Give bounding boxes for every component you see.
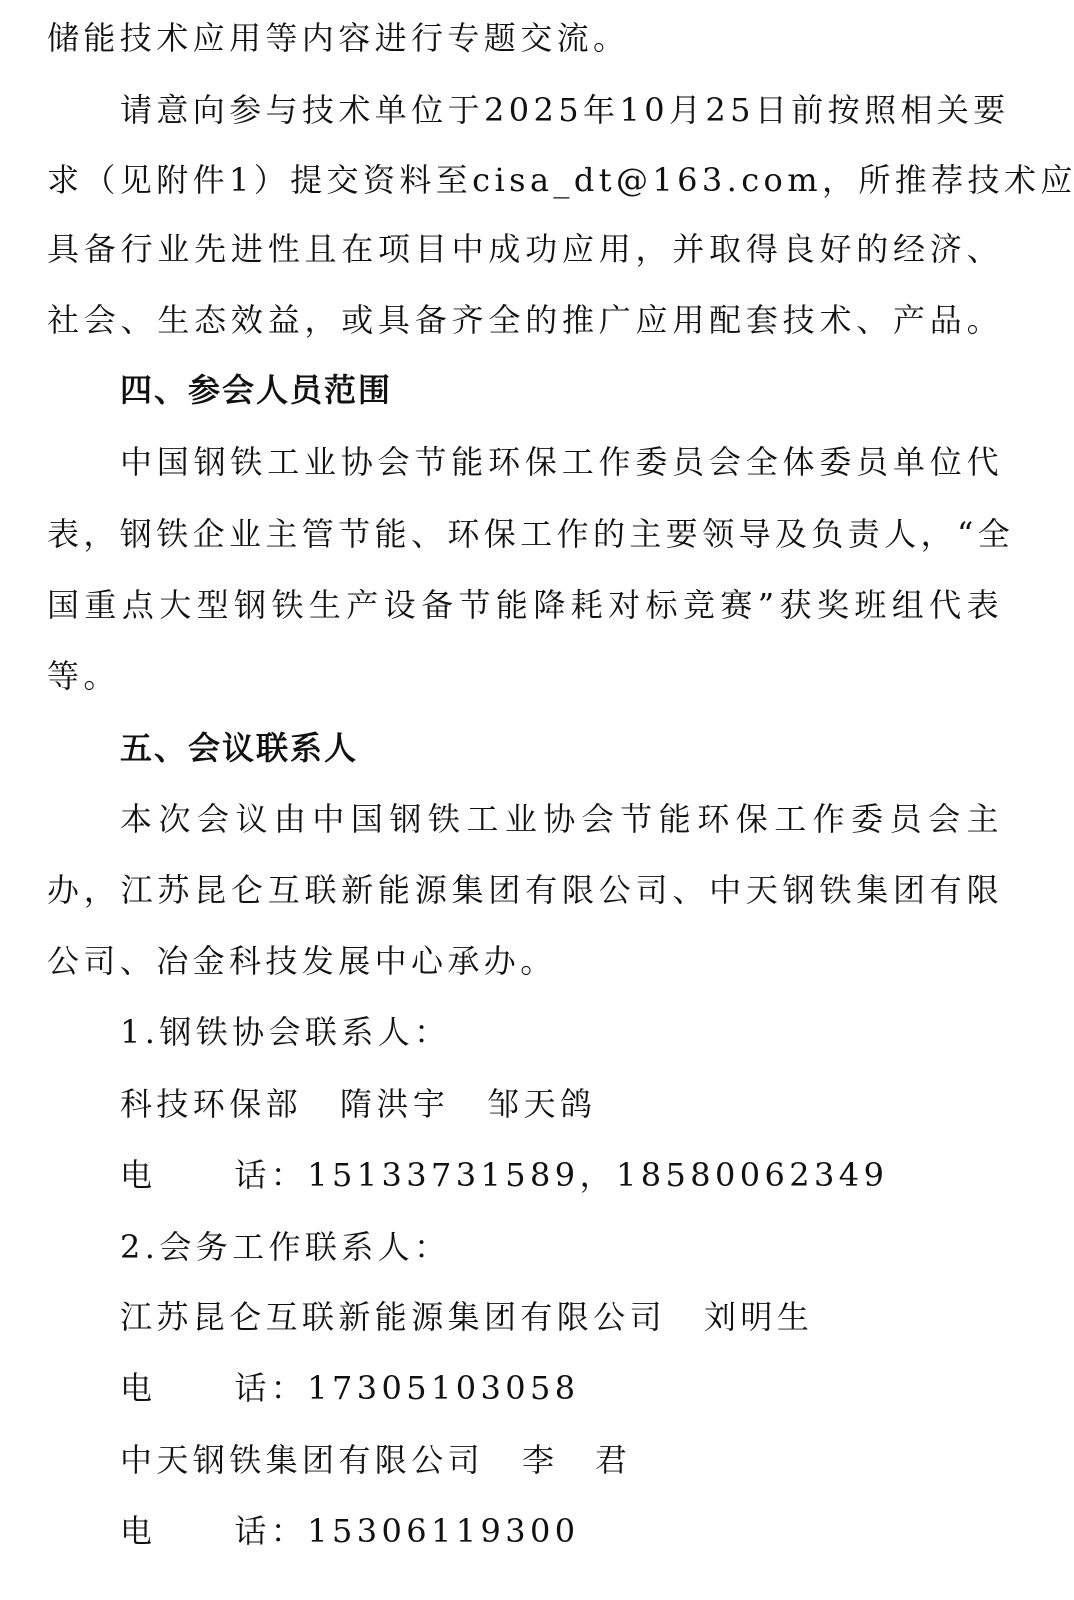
section-heading-4: 四、参会人员范围 [120, 370, 1003, 410]
contact2-org1-phone-line: 电话：17305103058 [120, 1368, 1003, 1408]
contact2-label: 2.会务工作联系人： [120, 1227, 1003, 1267]
contact2-org2: 中天钢铁集团有限公司李 君 [120, 1440, 1003, 1480]
paragraph-line: 本次会议由中国钢铁工业协会节能环保工作委员会主 [120, 799, 1003, 839]
contact-person: 邹天鸽 [487, 1085, 596, 1123]
contact2-org1: 江苏昆仑互联新能源集团有限公司刘明生 [120, 1297, 1003, 1337]
phone-label: 电 [120, 1369, 156, 1407]
contact1-names: 科技环保部隋洪宇邹天鸽 [120, 1084, 1003, 1124]
paragraph-line: 求（见附件1）提交资料至cisa_dt@163.com，所推荐技术应 [47, 160, 1003, 200]
paragraph-line: 社会、生态效益，或具备齐全的推广应用配套技术、产品。 [47, 300, 1003, 340]
section-heading-5: 五、会议联系人 [120, 728, 1003, 768]
phone-number: 15306119300 [307, 1512, 579, 1550]
paragraph-line: 表，钢铁企业主管节能、环保工作的主要领导及负责人，“全 [47, 514, 1003, 554]
contact1-phone-line: 电话：15133731589，18580062349 [120, 1155, 1003, 1195]
paragraph-line: 等。 [47, 656, 1003, 696]
organization: 江苏昆仑互联新能源集团有限公司 [120, 1298, 666, 1336]
contact-person: 刘明生 [704, 1298, 813, 1336]
paragraph-line: 具备行业先进性且在项目中成功应用，并取得良好的经济、 [47, 229, 1003, 269]
phone-number: 15133731589，18580062349 [307, 1156, 888, 1194]
paragraph-line: 公司、冶金科技发展中心承办。 [47, 941, 1003, 981]
contact2-org2-phone-line: 电话：15306119300 [120, 1511, 1003, 1551]
phone-number: 17305103058 [307, 1369, 579, 1407]
paragraph-line: 中国钢铁工业协会节能环保工作委员会全体委员单位代 [120, 442, 1003, 482]
paragraph-line: 办，江苏昆仑互联新能源集团有限公司、中天钢铁集团有限 [47, 870, 1003, 910]
paragraph-line: 储能技术应用等内容进行专题交流。 [47, 18, 1003, 58]
phone-label: 话： [234, 1156, 307, 1194]
paragraph-line: 请意向参与技术单位于2025年10月25日前按照相关要 [120, 90, 1003, 130]
contact-person: 李 君 [522, 1441, 631, 1479]
contact1-label: 1.钢铁协会联系人： [120, 1012, 1003, 1052]
phone-label: 话： [234, 1512, 307, 1550]
phone-label: 电 [120, 1512, 156, 1550]
department: 科技环保部 [120, 1085, 302, 1123]
phone-label: 电 [120, 1156, 156, 1194]
phone-label: 话： [234, 1369, 307, 1407]
contact-person: 隋洪宇 [340, 1085, 449, 1123]
paragraph-line: 国重点大型钢铁生产设备节能降耗对标竞赛”获奖班组代表 [47, 585, 1003, 625]
organization: 中天钢铁集团有限公司 [120, 1441, 484, 1479]
